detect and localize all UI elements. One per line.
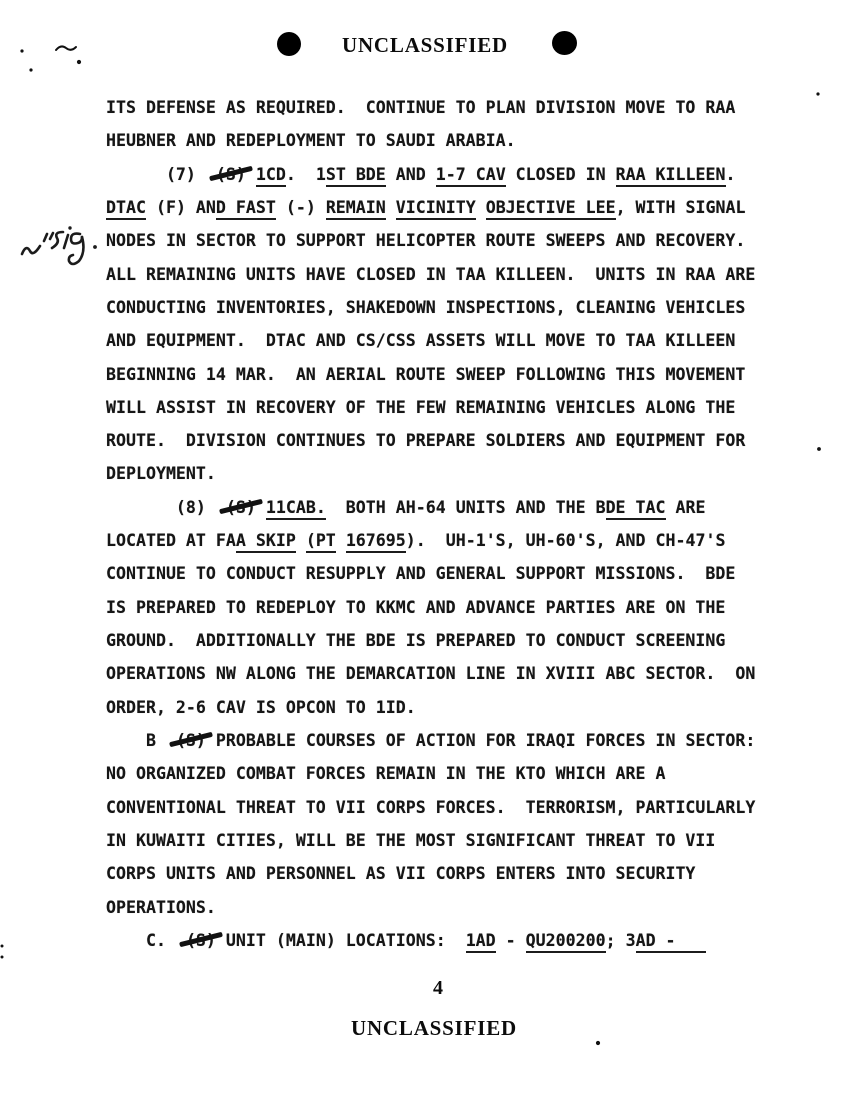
- struck-classification-mark: (S): [226, 491, 256, 524]
- document-line: BEGINNING 14 MAR. AN AERIAL ROUTE SWEEP …: [106, 358, 755, 391]
- document-line: WILL ASSIST IN RECOVERY OF THE FEW REMAI…: [106, 391, 755, 424]
- document-line: LOCATED AT FAA SKIP (PT 167695). UH-1'S,…: [106, 524, 755, 557]
- document-line: IS PREPARED TO REDEPLOY TO KKMC AND ADVA…: [106, 591, 755, 624]
- document-line: AND EQUIPMENT. DTAC AND CS/CSS ASSETS WI…: [106, 324, 755, 357]
- underlined-text: DE TAC: [606, 498, 666, 520]
- underlined-text: DTAC: [106, 198, 146, 220]
- footer-classification-label: UNCLASSIFIED: [0, 1016, 850, 1041]
- document-line: HEUBNER AND REDEPLOYMENT TO SAUDI ARABIA…: [106, 124, 755, 157]
- document-line: CONVENTIONAL THREAT TO VII CORPS FORCES.…: [106, 791, 755, 824]
- underlined-text: OBJECTIVE LEE: [486, 198, 616, 220]
- document-line: (8) (S) 11CAB. BOTH AH-64 UNITS AND THE …: [106, 491, 755, 524]
- header-classification-label: UNCLASSIFIED: [0, 33, 850, 58]
- document-line: ORDER, 2-6 CAV IS OPCON TO 1ID.: [106, 691, 755, 724]
- struck-classification-mark: (S): [176, 724, 206, 757]
- scanned-document-page: UNCLASSIFIED ITS DEFENSE AS REQUIRED. CO…: [0, 0, 850, 1107]
- underlined-text: 11CAB.: [266, 498, 326, 520]
- document-line: OPERATIONS NW ALONG THE DEMARCATION LINE…: [106, 657, 755, 690]
- underlined-text: AD -: [636, 931, 676, 953]
- document-body: ITS DEFENSE AS REQUIRED. CONTINUE TO PLA…: [106, 91, 755, 957]
- underlined-text: QU200200: [526, 931, 606, 953]
- document-line: DEPLOYMENT.: [106, 457, 755, 490]
- document-line: IN KUWAITI CITIES, WILL BE THE MOST SIGN…: [106, 824, 755, 857]
- underlined-text: 167695: [346, 531, 406, 553]
- margin-handwriting: [2, 218, 107, 278]
- document-line: NODES IN SECTOR TO SUPPORT HELICOPTER RO…: [106, 224, 755, 257]
- document-line: GROUND. ADDITIONALLY THE BDE IS PREPARED…: [106, 624, 755, 657]
- underlined-text: A SKIP: [236, 531, 296, 553]
- underlined-text: REMAIN: [326, 198, 386, 220]
- document-line: CONDUCTING INVENTORIES, SHAKEDOWN INSPEC…: [106, 291, 755, 324]
- underlined-text: 1-7 CAV: [436, 165, 506, 187]
- document-line: CONTINUE TO CONDUCT RESUPPLY AND GENERAL…: [106, 557, 755, 590]
- document-line: ROUTE. DIVISION CONTINUES TO PREPARE SOL…: [106, 424, 755, 457]
- underlined-text: 1CD: [256, 165, 286, 187]
- page-number: 4: [0, 977, 850, 1000]
- underlined-text: (PT: [306, 531, 336, 553]
- document-line: DTAC (F) AND FAST (-) REMAIN VICINITY OB…: [106, 191, 755, 224]
- document-line: OPERATIONS.: [106, 891, 755, 924]
- document-line: NO ORGANIZED COMBAT FORCES REMAIN IN THE…: [106, 757, 755, 790]
- underlined-text: RAA KILLEEN: [616, 165, 726, 187]
- struck-classification-mark: (S): [216, 158, 246, 191]
- underlined-text: VICINITY: [396, 198, 476, 220]
- document-line: ALL REMAINING UNITS HAVE CLOSED IN TAA K…: [106, 258, 755, 291]
- underlined-text: 1AD: [466, 931, 496, 953]
- document-line: C. (S) UNIT (MAIN) LOCATIONS: 1AD - QU20…: [106, 924, 755, 957]
- underlined-text: [676, 931, 706, 953]
- document-line: (7) (S) 1CD. 1ST BDE AND 1-7 CAV CLOSED …: [106, 158, 755, 191]
- classification-stamp-dot-right: [552, 31, 577, 55]
- document-line: ITS DEFENSE AS REQUIRED. CONTINUE TO PLA…: [106, 91, 755, 124]
- underlined-text: ST BDE: [326, 165, 386, 187]
- document-line: CORPS UNITS AND PERSONNEL AS VII CORPS E…: [106, 857, 755, 890]
- document-line: B (S) PROBABLE COURSES OF ACTION FOR IRA…: [106, 724, 755, 757]
- struck-classification-mark: (S): [186, 924, 216, 957]
- underlined-text: D FAST: [216, 198, 276, 220]
